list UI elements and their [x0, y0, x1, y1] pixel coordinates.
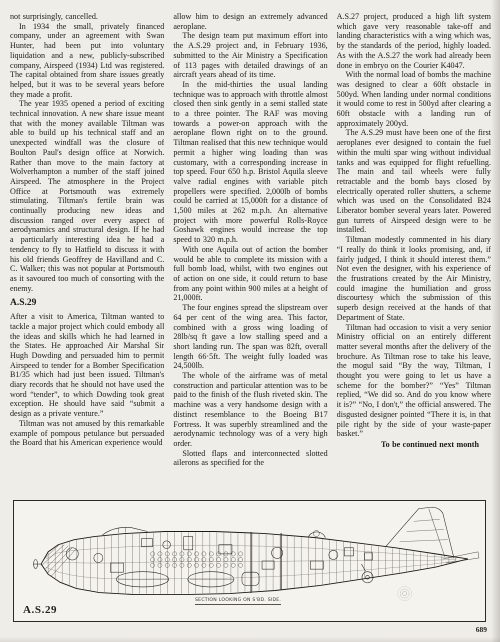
paragraph: With the normal load of bombs the machin…: [337, 70, 491, 128]
paragraph: Tiltman modestly commented in his diary …: [337, 235, 491, 322]
scan-edge-shading-bottom: [0, 637, 500, 642]
section-heading-as29: A.S.29: [10, 299, 164, 309]
paragraph: In the mid-thirties the usual landing te…: [173, 80, 327, 245]
article-columns: not surprisingly, cancelled. In 1934 the…: [10, 12, 491, 499]
paragraph: The A.S.29 must have been one of the fir…: [337, 128, 491, 235]
figure-label: A.S.29: [23, 604, 57, 616]
article-column-middle: allow him to design an extremely advance…: [173, 12, 327, 499]
scan-edge-shading-right: [491, 0, 500, 642]
paragraph: Slotted flaps and interconnected slotted…: [173, 449, 327, 468]
paragraph: Tiltman was not amused by this remarkabl…: [10, 419, 164, 448]
paragraph: A.S.27 project, produced a high lift sys…: [337, 12, 491, 70]
paragraph: allow him to design an extremely advance…: [173, 12, 327, 31]
paragraph: The design team put maximum effort into …: [173, 31, 327, 80]
paragraph: With one Aquila out of action the bomber…: [173, 245, 327, 303]
article-column-right: A.S.27 project, produced a high lift sys…: [337, 12, 491, 499]
paragraph: The whole of the airframe was of metal c…: [173, 371, 327, 449]
paragraph: Tiltman had occasion to visit a very sen…: [337, 323, 491, 439]
page-number: 689: [476, 625, 487, 634]
aircraft-cutaway-figure: A.S.29 SECTION LOOKING ON S'BD. SIDE.: [13, 500, 486, 622]
paragraph: After a visit to America, Tiltman wanted…: [10, 312, 164, 419]
paragraph: The year 1935 opened a period of excitin…: [10, 99, 164, 293]
article-column-left: not surprisingly, cancelled. In 1934 the…: [10, 12, 164, 499]
paragraph: The four engines spread the slipstream o…: [173, 303, 327, 371]
figure-caption: SECTION LOOKING ON S'BD. SIDE.: [195, 598, 281, 605]
continuation-notice: To be continued next month: [337, 440, 491, 450]
paragraph: not surprisingly, cancelled.: [10, 12, 164, 22]
paragraph: In 1934 the small, privately financed co…: [10, 22, 164, 100]
